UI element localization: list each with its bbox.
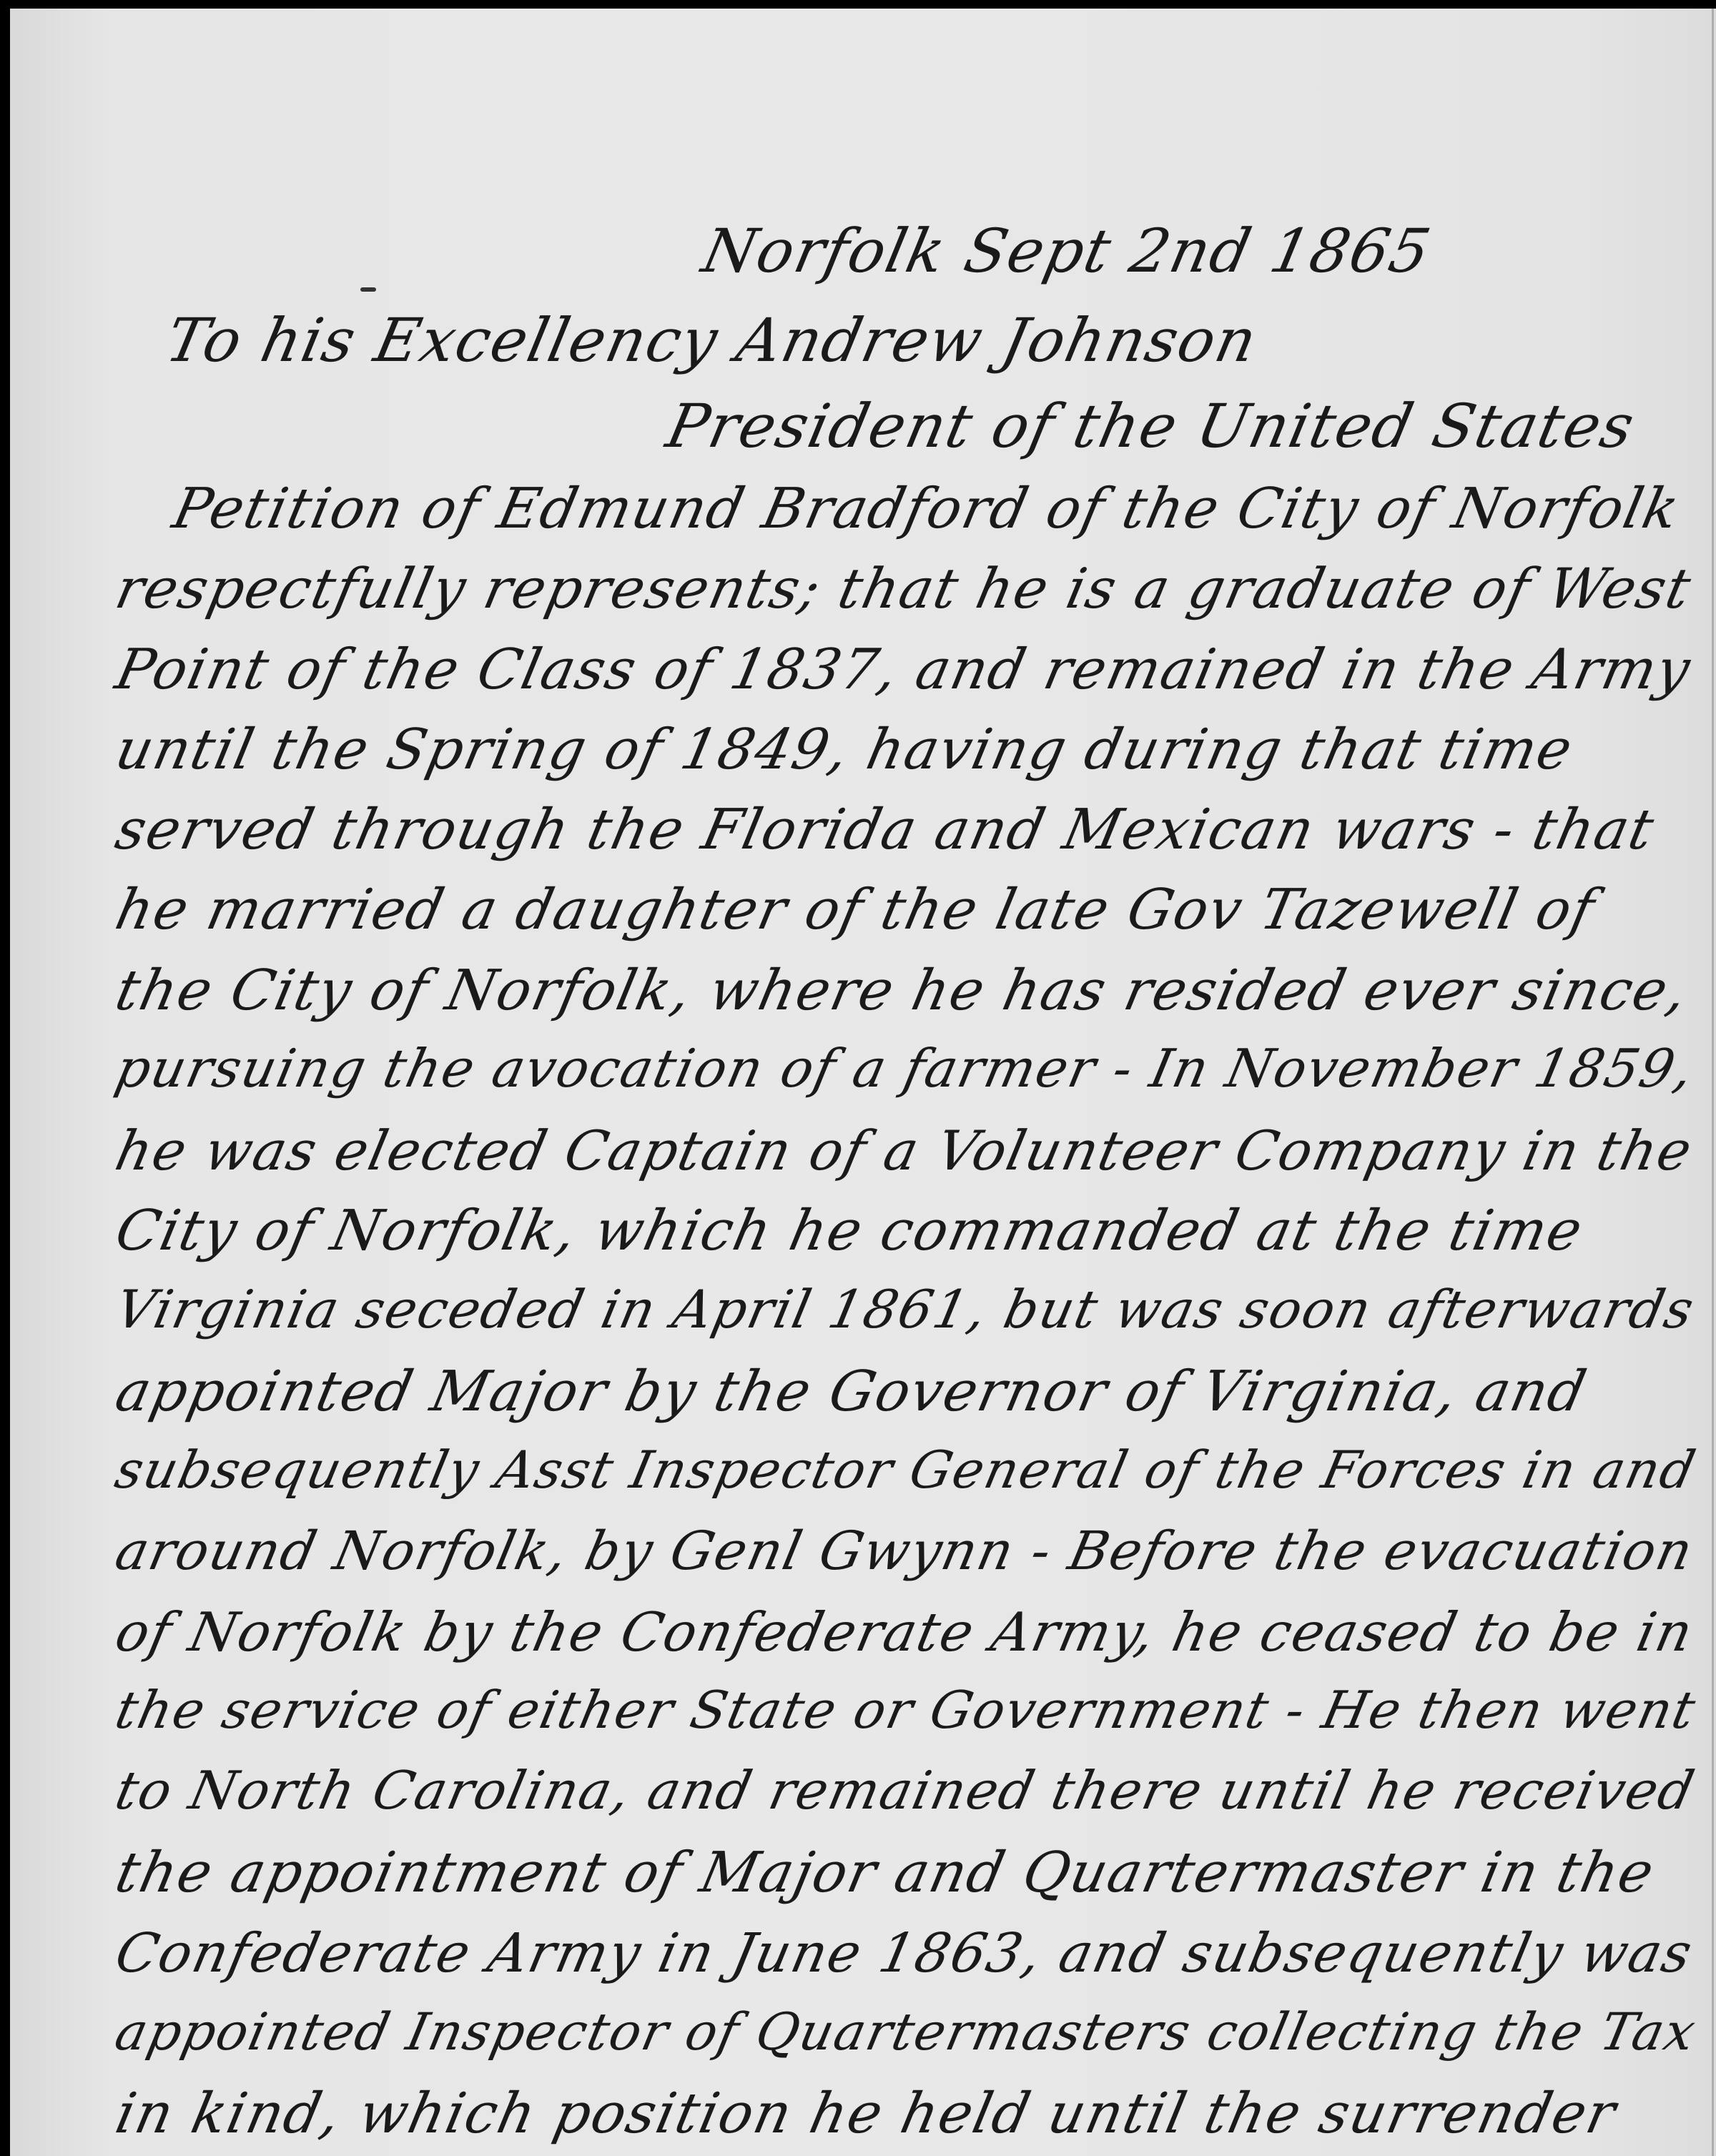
body-line: the City of Norfolk, where he has reside… [110,959,1694,1023]
body-line: appointed Major by the Governor of Virgi… [110,1360,1592,1424]
page-edge-line [1712,9,1714,2156]
salutation: To his Excellency Andrew Johnson [160,305,1264,375]
body-line: Petition of Edmund Bradford of the City … [167,477,1686,541]
body-line: City of Norfolk, which he commanded at t… [110,1199,1589,1263]
body-line: Confederate Army in June 1863, and subse… [110,1922,1699,1984]
addressee-title: President of the United States [661,391,1642,461]
body-line: served through the Florida and Mexican w… [110,798,1660,862]
body-line: around Norfolk, by Genl Gwynn - Before t… [110,1520,1700,1582]
body-line: the service of either State or Governmen… [110,1681,1702,1741]
body-line: Point of the Class of 1837, and remained… [110,638,1697,702]
body-line: in kind, which position he held until th… [110,2082,1622,2146]
body-line: he married a daughter of the late Gov Ta… [110,878,1601,942]
body-line: subsequently Asst Inspector General of t… [110,1440,1702,1500]
ink-mark [360,287,376,292]
body-line: of Norfolk by the Confederate Army, he c… [110,1601,1700,1663]
body-line: respectfully represents; that he is a gr… [110,557,1697,621]
body-line: to North Carolina, and remained there un… [110,1761,1700,1821]
body-line: pursuing the avocation of a farmer - In … [110,1039,1700,1099]
dateline: Norfolk Sept 2nd 1865 [696,216,1437,286]
body-line: he was elected Captain of a Volunteer Co… [110,1119,1699,1182]
body-line: Virginia seceded in April 1861, but was … [110,1280,1700,1340]
body-line: the appointment of Major and Quartermast… [110,1841,1660,1905]
document-page: Norfolk Sept 2nd 1865 To his Excellency … [10,9,1716,2156]
body-line: appointed Inspector of Quartermasters co… [110,2002,1702,2062]
body-line: until the Spring of 1849, having during … [110,718,1579,782]
